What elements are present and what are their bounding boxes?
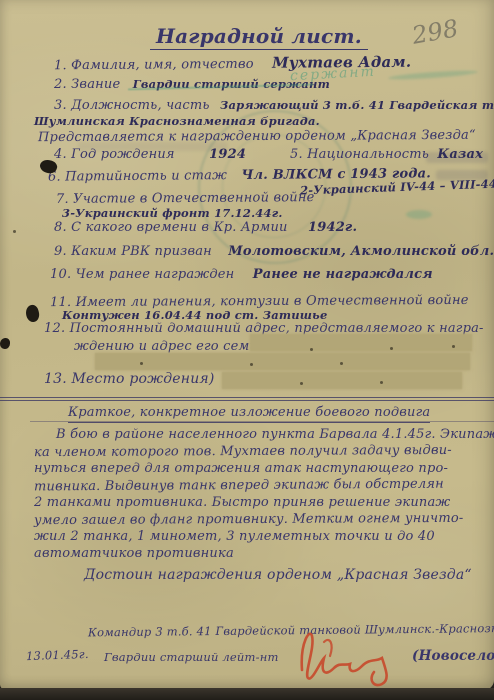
ink-dot xyxy=(13,230,16,233)
scan-edge xyxy=(0,688,494,700)
field-prior-awards: 10. Чем ранее награжден Ранее не награжд… xyxy=(50,267,433,282)
field-rvk: 9. Каким РВК призван Молотовским, Акмоли… xyxy=(54,244,494,259)
citation-line: В бою в районе населенного пункта Барвал… xyxy=(56,427,494,442)
ink-dot xyxy=(380,381,383,384)
field-party-label: 6. Партийность и стаж xyxy=(48,168,227,185)
bleed-through-mark xyxy=(426,152,488,163)
section-divider-line xyxy=(0,397,494,398)
field-address-label-cont: ждению и адрес его семьи xyxy=(74,339,265,354)
green-pencil-annotation: сержант xyxy=(290,64,377,84)
citation-line: умело зашел во фланг противнику. Метким … xyxy=(34,511,464,528)
ink-dot xyxy=(452,345,455,348)
ink-dot xyxy=(250,363,253,366)
field-fronts-value-cont: 3-Украинский фронт 17.12.44г. xyxy=(62,206,283,220)
ink-blot xyxy=(24,304,41,324)
page-title-text: Наградной лист. xyxy=(150,24,368,50)
field-birthplace-label: 13. Место рождения) xyxy=(44,371,215,387)
field-rvk-label: 9. Каким РВК призван xyxy=(54,244,212,259)
green-pencil-smudge xyxy=(406,210,432,219)
field-army-since-label: 8. С какого времени в Кр. Армии xyxy=(54,220,288,235)
field-unit-value: Заряжающий 3 т.б. 41 Гвардейская танкова… xyxy=(220,98,494,112)
field-rvk-value: Молотовским, Акмолинской обл. xyxy=(228,244,494,259)
field-rank-label: 2. Звание xyxy=(54,77,120,92)
citation-line: тивника. Выдвинув танк вперед экипаж был… xyxy=(34,477,444,495)
redacted-address-block xyxy=(95,353,470,370)
ink-dot xyxy=(390,347,393,350)
bleed-through-mark xyxy=(78,142,228,151)
field-prior-awards-label: 10. Чем ранее награжден xyxy=(50,267,234,282)
signature-autograph xyxy=(290,622,420,692)
signature-rank: Гвардии старший лейт-нт xyxy=(104,650,279,664)
redacted-address-block xyxy=(250,334,472,351)
ink-dot xyxy=(310,348,313,351)
field-unit: 3. Должность, часть Заряжающий 3 т.б. 41… xyxy=(54,98,494,113)
signature-name: (Новоселов) xyxy=(412,648,494,664)
field-wounds-value: Контужен 16.04.44 под ст. Затишье xyxy=(62,308,327,322)
field-unit-label: 3. Должность, часть xyxy=(54,98,210,113)
citation-verdict: Достоин награждения орденом „Красная Зве… xyxy=(84,567,472,583)
signature-date: 13.01.45г. xyxy=(26,647,89,663)
citation-line: жил 2 танка, 1 миномет, 3 пулеметных точ… xyxy=(34,529,435,544)
ink-dot xyxy=(140,362,143,365)
bleed-through-mark xyxy=(436,170,488,180)
citation-line: 2 танками противника. Быстро приняв реше… xyxy=(34,495,450,510)
citation-heading: Краткое, конкретное изложение боевого по… xyxy=(68,405,430,420)
section-divider-line xyxy=(0,400,494,401)
citation-line: ка членом которого тов. Мухтаев получил … xyxy=(34,443,452,460)
field-army-since-value: 1942г. xyxy=(308,220,357,235)
redacted-address-block xyxy=(222,372,462,389)
citation-line: автоматчиков противника xyxy=(34,546,234,561)
field-army-since: 8. С какого времени в Кр. Армии 1942г. xyxy=(54,220,357,235)
page-title: Наградной лист. xyxy=(150,24,368,48)
field-war-label: 7. Участие в Отечественной войне xyxy=(56,190,315,207)
field-surname-label: 1. Фамилия, имя, отчество xyxy=(54,57,254,73)
field-nationality-label: 5. Национальность xyxy=(290,147,429,162)
ink-dot xyxy=(340,362,343,365)
ink-blot xyxy=(0,338,10,349)
page-number: 298 xyxy=(410,14,461,50)
heading-underline-extension xyxy=(30,421,494,422)
field-unit-value-cont: Шумлинская Краснознаменная бригада. xyxy=(34,114,320,128)
scanned-award-sheet: Наградной лист. 298 1. Фамилия, имя, отч… xyxy=(0,0,494,690)
field-prior-awards-value: Ранее не награждался xyxy=(253,267,433,282)
citation-line: нуться вперед для отражения атак наступа… xyxy=(34,461,448,476)
ink-dot xyxy=(300,382,303,385)
